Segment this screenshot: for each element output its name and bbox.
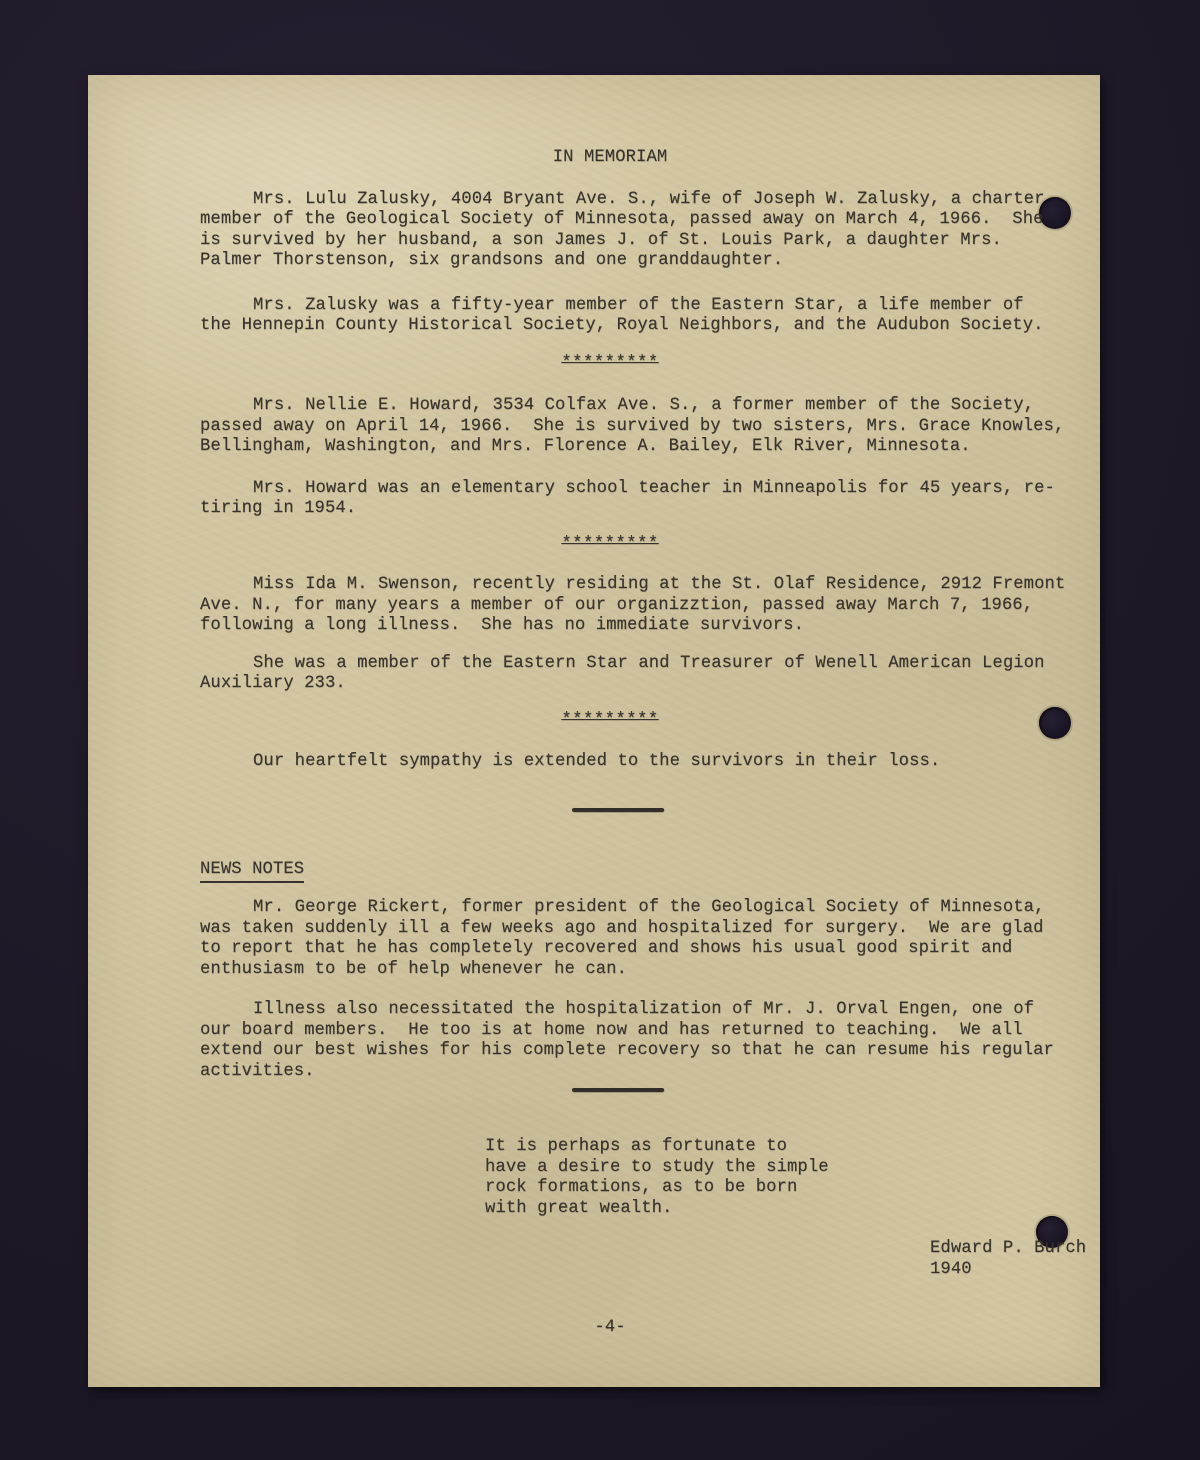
quote-text: It is perhaps as fortunate to have a des… (485, 1137, 1050, 1219)
news-notes-heading: NEWS NOTES (200, 860, 304, 884)
memoriam-paragraph-swenson-memberships: She was a member of the Eastern Star and… (200, 654, 1050, 695)
memoriam-paragraph-zalusky: Mrs. Lulu Zalusky, 4004 Bryant Ave. S., … (200, 190, 1050, 272)
quote-attribution-name: Edward P. Burch (930, 1239, 1050, 1260)
news-paragraph-engen: Illness also necessitated the hospitaliz… (200, 1000, 1050, 1082)
memoriam-paragraph-swenson: Miss Ida M. Swenson, recently residing a… (200, 575, 1050, 637)
asterisk-separator: ********* (200, 354, 1020, 375)
scan-background: IN MEMORIAM Mrs. Lulu Zalusky, 4004 Brya… (0, 0, 1200, 1460)
page-content: IN MEMORIAM Mrs. Lulu Zalusky, 4004 Brya… (88, 75, 1100, 1387)
memoriam-paragraph-howard-career: Mrs. Howard was an elementary school tea… (200, 479, 1050, 520)
memoriam-paragraph-sympathy: Our heartfelt sympathy is extended to th… (200, 752, 1050, 773)
memoriam-paragraph-zalusky-memberships: Mrs. Zalusky was a fifty-year member of … (200, 296, 1050, 337)
section-divider (572, 1088, 664, 1092)
memoriam-paragraph-howard: Mrs. Nellie E. Howard, 3534 Colfax Ave. … (200, 396, 1050, 458)
section-divider (572, 808, 664, 812)
document-page: IN MEMORIAM Mrs. Lulu Zalusky, 4004 Brya… (88, 75, 1100, 1387)
asterisk-separator: ********* (200, 711, 1020, 732)
quote-block: It is perhaps as fortunate to have a des… (485, 1137, 1050, 1280)
asterisk-separator: ********* (200, 535, 1020, 556)
news-paragraph-rickert: Mr. George Rickert, former president of … (200, 898, 1050, 980)
page-title: IN MEMORIAM (200, 148, 1020, 169)
quote-attribution: Edward P. Burch 1940 (930, 1239, 1050, 1280)
page-number: -4- (200, 1318, 1020, 1339)
quote-attribution-year: 1940 (930, 1260, 1050, 1281)
